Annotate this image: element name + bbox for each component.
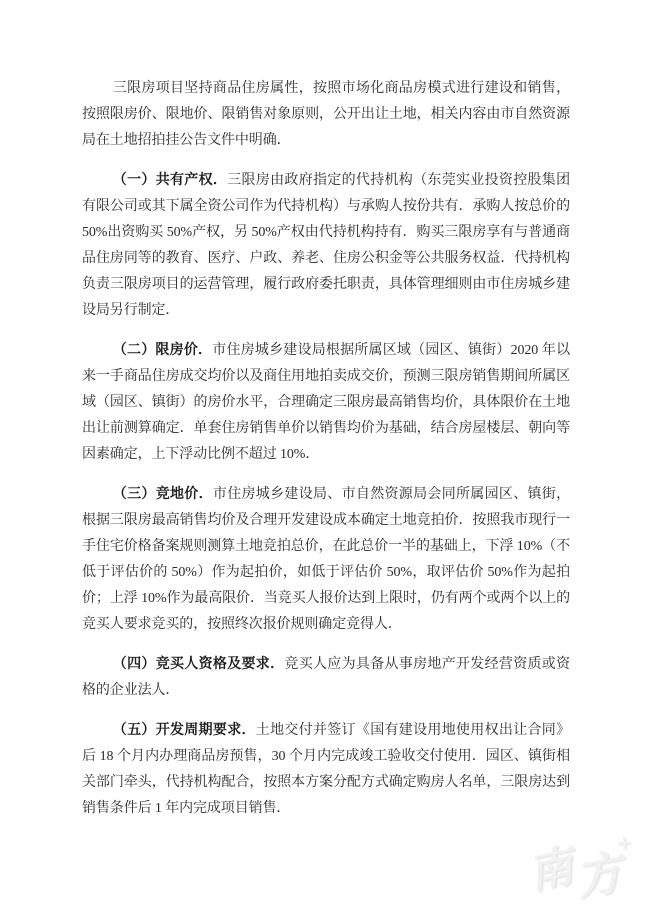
paragraph: （一）共有产权．三限房由政府指定的代持机构（东莞实业投资控股集团有限公司或其下属… bbox=[82, 168, 570, 324]
watermark-char-nan: 南 bbox=[522, 830, 578, 902]
paragraph-heading: （三）竞地价． bbox=[113, 487, 213, 502]
paragraph: （五）开发周期要求．土地交付并签订《国有建设用地使用权出让合同》后 18 个月内… bbox=[82, 718, 570, 822]
paragraph-text: 三限房由政府指定的代持机构（东莞实业投资控股集团有限公司或其下属全资公司作为代持… bbox=[82, 173, 570, 318]
document-page: 三限房项目坚持商品住房属性，按照市场化商品房模式进行建设和销售，按照限房价、限地… bbox=[0, 0, 650, 920]
paragraph-text: 市住房城乡建设局、市自然资源局会同所属园区、镇街，根据三限房最高销售均价及合理开… bbox=[82, 487, 570, 632]
paragraph-heading: （五）开发周期要求． bbox=[113, 723, 256, 738]
paragraph-heading: （四）竞买人资格及要求． bbox=[113, 657, 285, 672]
document-body: 三限房项目坚持商品住房属性，按照市场化商品房模式进行建设和销售，按照限房价、限地… bbox=[82, 76, 570, 836]
southern-plus-watermark: 南方+ bbox=[526, 827, 650, 902]
paragraph: （三）竞地价．市住房城乡建设局、市自然资源局会同所属园区、镇街，根据三限房最高销… bbox=[82, 482, 570, 638]
paragraph-heading: （二）限房价． bbox=[113, 343, 212, 358]
paragraph-heading: （一）共有产权． bbox=[113, 173, 227, 188]
paragraph: （二）限房价．市住房城乡建设局根据所属区域（园区、镇街）2020 年以来一手商品… bbox=[82, 338, 570, 468]
paragraph-text: 市住房城乡建设局根据所属区域（园区、镇街）2020 年以来一手商品住房成交均价以… bbox=[82, 343, 570, 462]
paragraph-text: 三限房项目坚持商品住房属性，按照市场化商品房模式进行建设和销售，按照限房价、限地… bbox=[82, 81, 570, 148]
paragraph: 三限房项目坚持商品住房属性，按照市场化商品房模式进行建设和销售，按照限房价、限地… bbox=[82, 76, 570, 154]
paragraph: （四）竞买人资格及要求．竞买人应为具备从事房地产开发经营资质或资格的企业法人． bbox=[82, 652, 570, 704]
